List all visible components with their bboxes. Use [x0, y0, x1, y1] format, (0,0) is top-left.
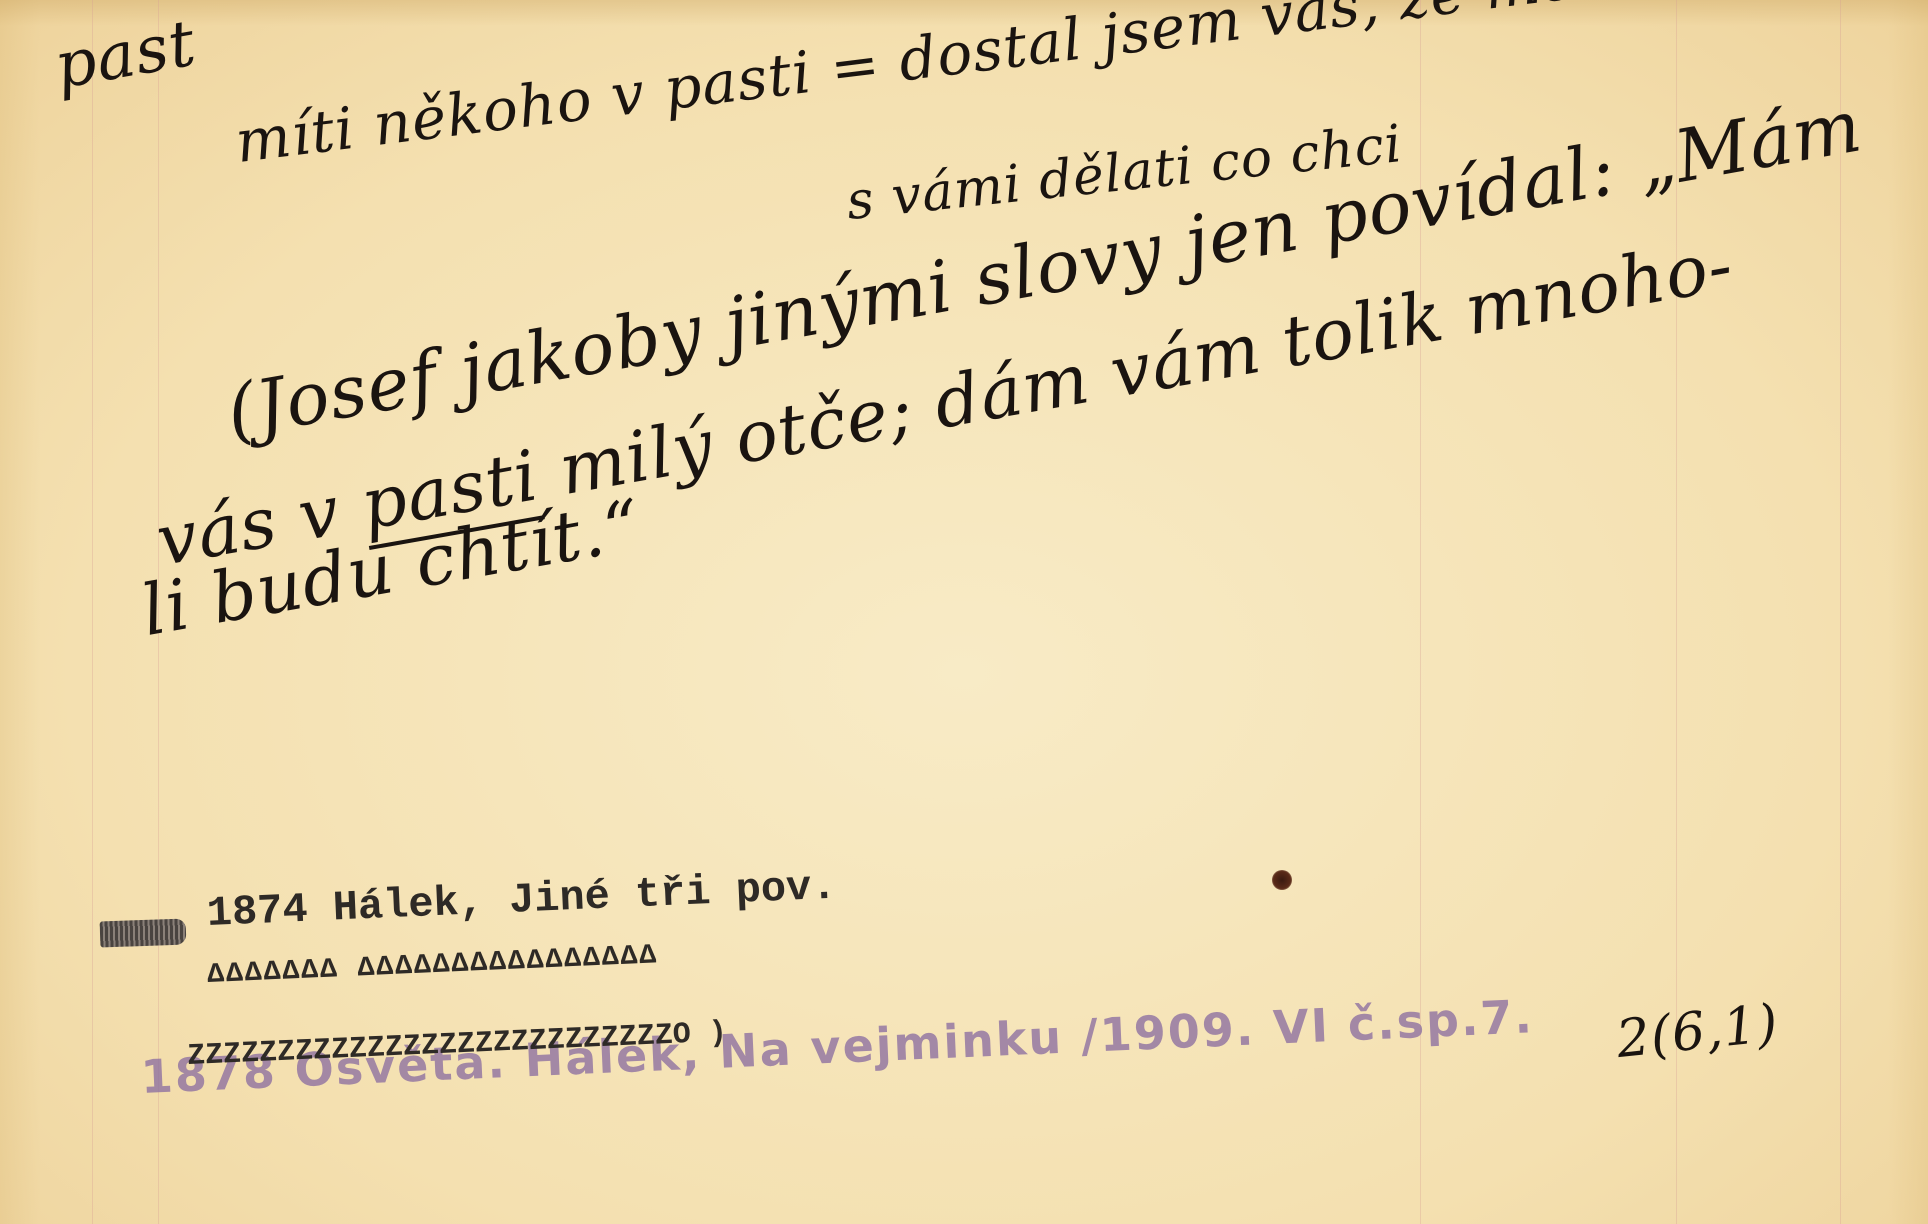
reference-note: 2(6,1) — [1614, 993, 1782, 1070]
ruling-line — [1840, 0, 1841, 1224]
typed-source-line: 1874 Hálek, Jiné tři pov. — [206, 863, 838, 938]
index-card: past míti někoho v pasti = dostal jsem v… — [0, 0, 1928, 1224]
definition-line-1: míti někoho v pasti = dostal jsem vás, ž… — [232, 0, 1656, 176]
headword: past — [49, 7, 201, 104]
pointing-hand-icon — [100, 919, 187, 948]
ruling-line — [92, 0, 93, 1224]
ink-spot — [1272, 870, 1292, 890]
typed-overstrike-1: ΔΔΔΔΔΔΔ ΔΔΔΔΔΔΔΔΔΔΔΔΔΔΔΔ — [207, 940, 659, 991]
